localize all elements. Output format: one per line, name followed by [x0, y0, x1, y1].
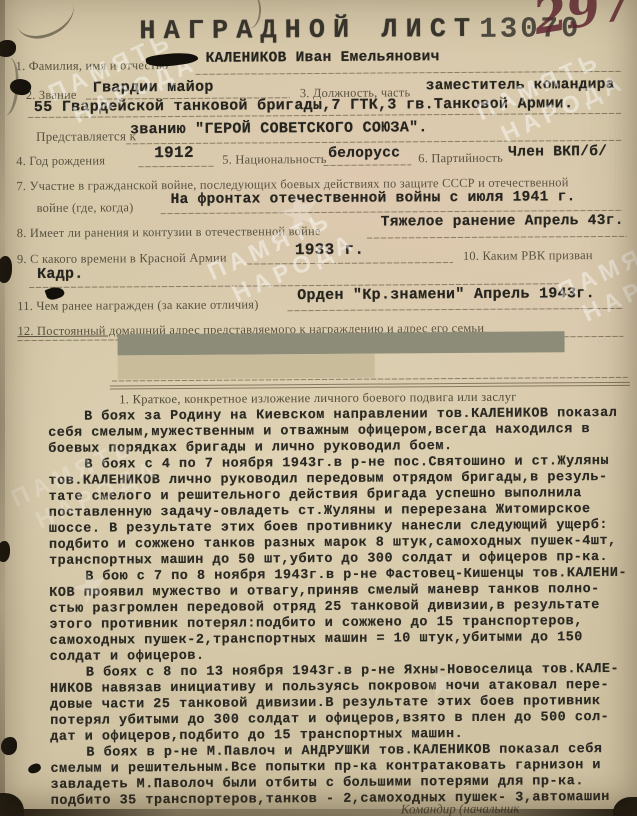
field-war-participation-value: На фронтах отечественной войны с июля 19…: [170, 189, 575, 208]
form-underline: [287, 308, 623, 311]
field-birth-year-value: 1912: [154, 145, 194, 161]
field-war-participation-label-2: войне (где, когда): [37, 200, 134, 215]
memory-of-the-people-watermark: ПАМЯТЬ НАРОДА: [542, 220, 637, 340]
field-party-value: Член ВКП/б/: [508, 144, 607, 161]
form-underline: [323, 164, 411, 166]
form-underline: [247, 262, 453, 264]
field-name-value: КАЛЕНИКОВ Иван Емельянович: [206, 49, 440, 67]
scan-edge-shadow: [0, 809, 637, 816]
field-wounds-label: 8. Имеет ли ранения и контузии в отечест…: [17, 224, 321, 240]
feat-description-text: В боях за Родину на Киевском направлении…: [48, 406, 637, 810]
handwritten-case-number: 297: [529, 0, 637, 46]
field-position-value: заместитель командира: [426, 77, 615, 94]
pencil-mark: [11, 0, 80, 44]
form-underline: [138, 166, 214, 168]
presented-to-value: званию "ГЕРОЙ СОВЕТСКОГО СОЮЗА".: [130, 120, 428, 138]
form-underline: [196, 71, 622, 75]
field-prior-awards-value: Орден "Кр.знамени" Апрель 1943г.: [297, 286, 595, 304]
presented-to-label: Представляется к: [36, 129, 136, 144]
field-army-since-value: 1933 г.: [295, 242, 364, 258]
field-rank-value: Гвардии майор: [93, 80, 214, 97]
document-title: НАГРАДНОЙ ЛИСТ: [139, 15, 478, 47]
scan-edge-shadow: [0, 0, 5, 816]
form-underline: [367, 236, 627, 239]
redaction-block-address-2: [118, 354, 375, 380]
document-content: НАГРАДНОЙ ЛИСТ 13070 297 1. Фамилия, имя…: [0, 0, 637, 816]
feat-text-line: подбито 35 транспортеров,танков - 2,само…: [51, 790, 637, 810]
field-wounds-value: Тяжелое ранение Апрель 43г.: [381, 213, 624, 231]
field-birth-year-label: 4. Год рождения: [16, 153, 105, 168]
redaction-block-address-1: [117, 331, 564, 355]
field-army-since-label: 9. С какого времени в Красной Армии: [17, 251, 227, 266]
feat-section-heading: 1. Краткое, конкретное изложение личного…: [58, 389, 578, 408]
ink-blot-artifact: [1, 737, 17, 755]
field-rvk-label: 10. Каким РВК призван: [463, 248, 593, 263]
field-army-since-value-2: Кадр.: [37, 267, 84, 283]
field-nationality-value: белорусс: [328, 145, 400, 162]
field-party-label: 6. Партийность: [418, 151, 503, 166]
field-nationality-label: 5. Национальность: [222, 152, 326, 167]
award-sheet-scan: НАГРАДНОЙ ЛИСТ 13070 297 1. Фамилия, имя…: [0, 0, 637, 816]
